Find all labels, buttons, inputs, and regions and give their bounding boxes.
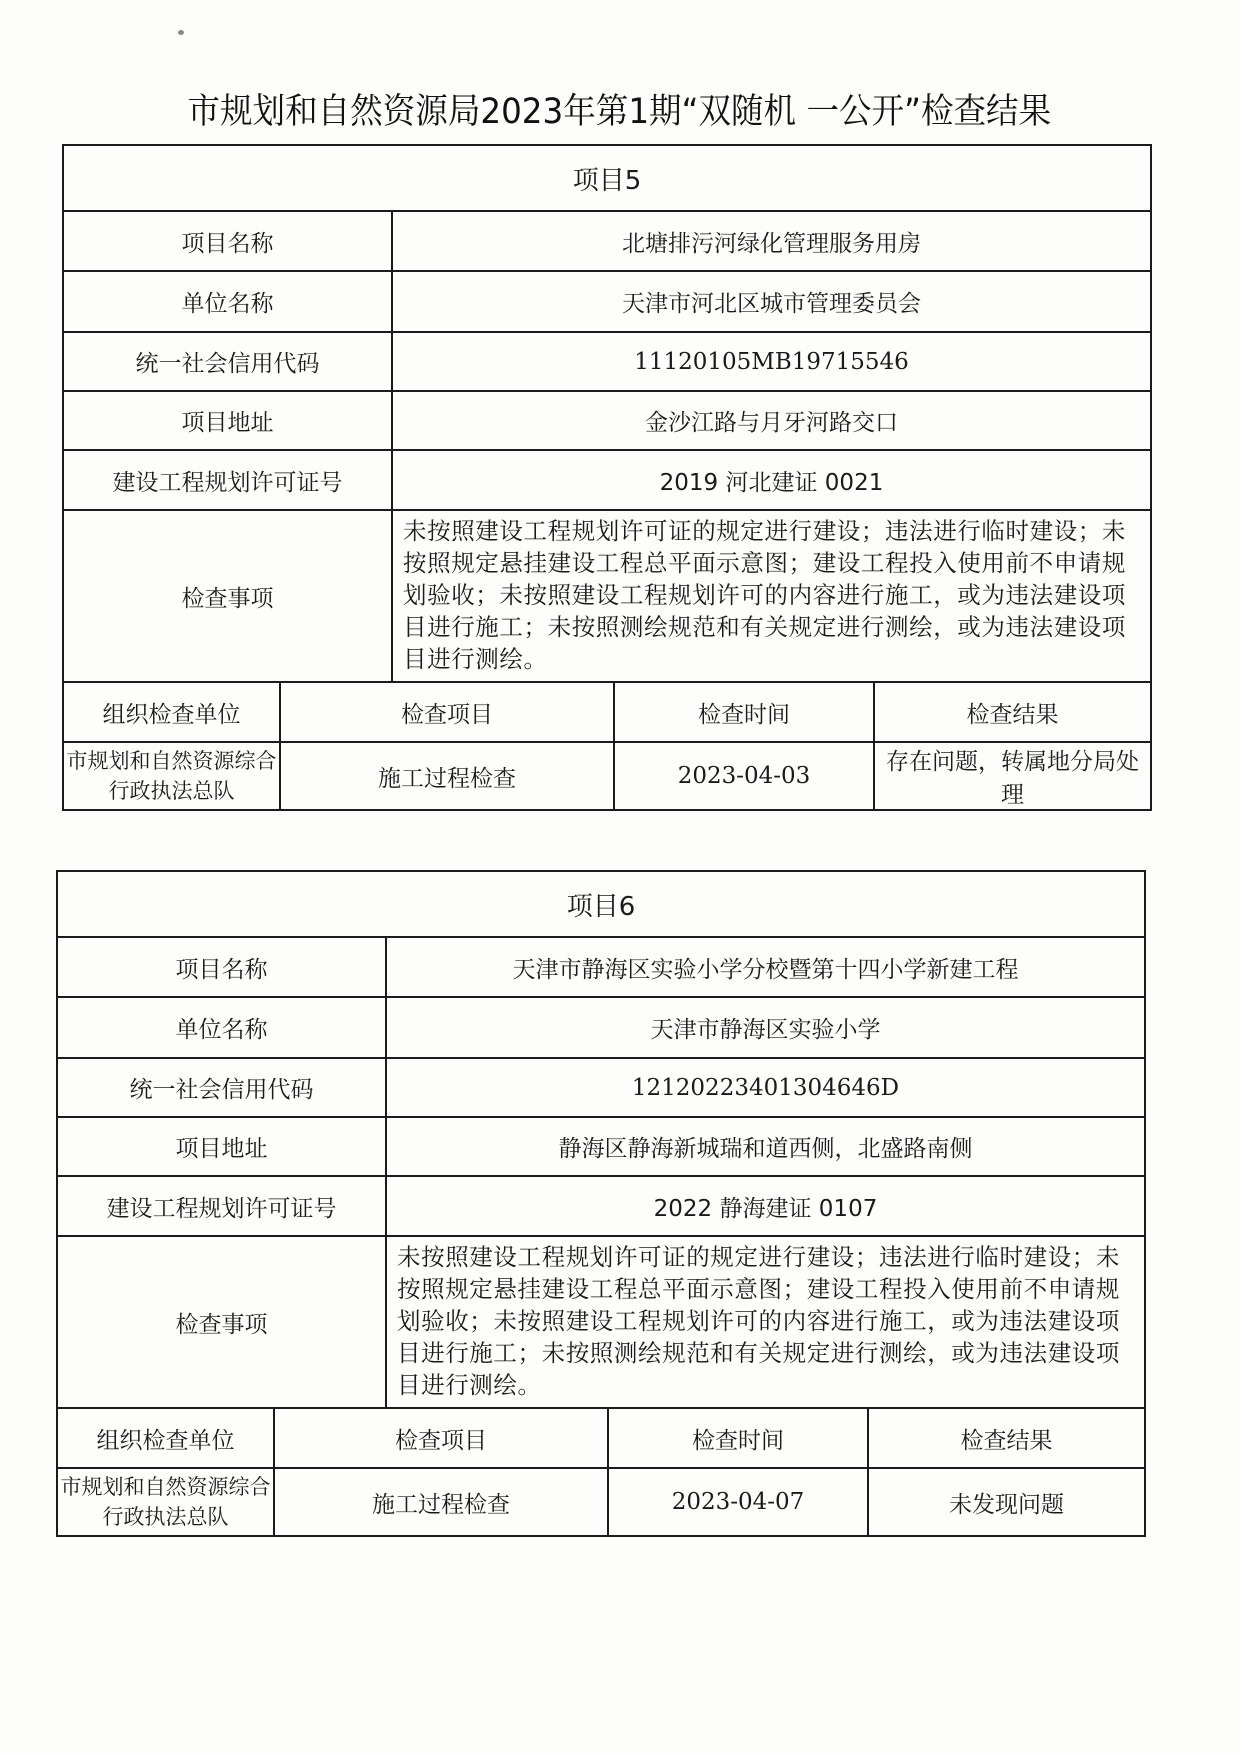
header-org-unit: 组织检查单位 [63,682,280,742]
project-table-5: 项目5 项目名称 北塘排污河绿化管理服务用房 单位名称 天津市河北区城市管理委员… [62,144,1152,811]
value-credit-code: 11120105MB19715546 [392,332,1151,391]
value-address: 静海区静海新城瑞和道西侧，北盛路南侧 [386,1117,1145,1176]
label-project-name: 项目名称 [63,211,392,271]
header-inspection-time: 检查时间 [608,1408,868,1468]
label-unit-name: 单位名称 [63,271,392,332]
value-credit-code: 12120223401304646D [386,1058,1145,1117]
label-permit-no: 建设工程规划许可证号 [63,450,392,510]
label-unit-name: 单位名称 [57,997,386,1058]
label-project-name: 项目名称 [57,937,386,997]
value-project-name: 北塘排污河绿化管理服务用房 [392,211,1151,271]
value-unit-name: 天津市静海区实验小学 [386,997,1145,1058]
header-inspection-result: 检查结果 [868,1408,1145,1468]
value-inspection-time: 2023-04-03 [614,742,874,810]
value-inspection-items: 未按照建设工程规划许可证的规定进行建设；违法进行临时建设；未按照规定悬挂建设工程… [386,1236,1145,1408]
value-permit-no: 2019 河北建证 0021 [392,450,1151,510]
value-inspection-items: 未按照建设工程规划许可证的规定进行建设；违法进行临时建设；未按照规定悬挂建设工程… [392,510,1151,682]
label-address: 项目地址 [57,1117,386,1176]
label-permit-no: 建设工程规划许可证号 [57,1176,386,1236]
value-org-unit: 市规划和自然资源综合行政执法总队 [63,742,280,810]
project-heading: 项目6 [57,871,1145,937]
label-inspection-items: 检查事项 [63,510,392,682]
value-project-name: 天津市静海区实验小学分校暨第十四小学新建工程 [386,937,1145,997]
value-inspection-project: 施工过程检查 [280,742,614,810]
value-inspection-result: 存在问题，转属地分局处理 [874,742,1151,810]
scan-speck [178,30,184,35]
label-credit-code: 统一社会信用代码 [63,332,392,391]
header-org-unit: 组织检查单位 [57,1408,274,1468]
value-permit-no: 2022 静海建证 0107 [386,1176,1145,1236]
value-unit-name: 天津市河北区城市管理委员会 [392,271,1151,332]
label-address: 项目地址 [63,391,392,450]
project-heading: 项目5 [63,145,1151,211]
project-table-6: 项目6 项目名称 天津市静海区实验小学分校暨第十四小学新建工程 单位名称 天津市… [56,870,1146,1537]
label-inspection-items: 检查事项 [57,1236,386,1408]
document-title: 市规划和自然资源局2023年第1期“双随机 一公开”检查结果 [43,84,1196,134]
value-inspection-project: 施工过程检查 [274,1468,608,1536]
header-inspection-time: 检查时间 [614,682,874,742]
value-org-unit: 市规划和自然资源综合行政执法总队 [57,1468,274,1536]
value-inspection-time: 2023-04-07 [608,1468,868,1536]
label-credit-code: 统一社会信用代码 [57,1058,386,1117]
value-inspection-result: 未发现问题 [868,1468,1145,1536]
value-address: 金沙江路与月牙河路交口 [392,391,1151,450]
header-inspection-project: 检查项目 [280,682,614,742]
header-inspection-result: 检查结果 [874,682,1151,742]
header-inspection-project: 检查项目 [274,1408,608,1468]
